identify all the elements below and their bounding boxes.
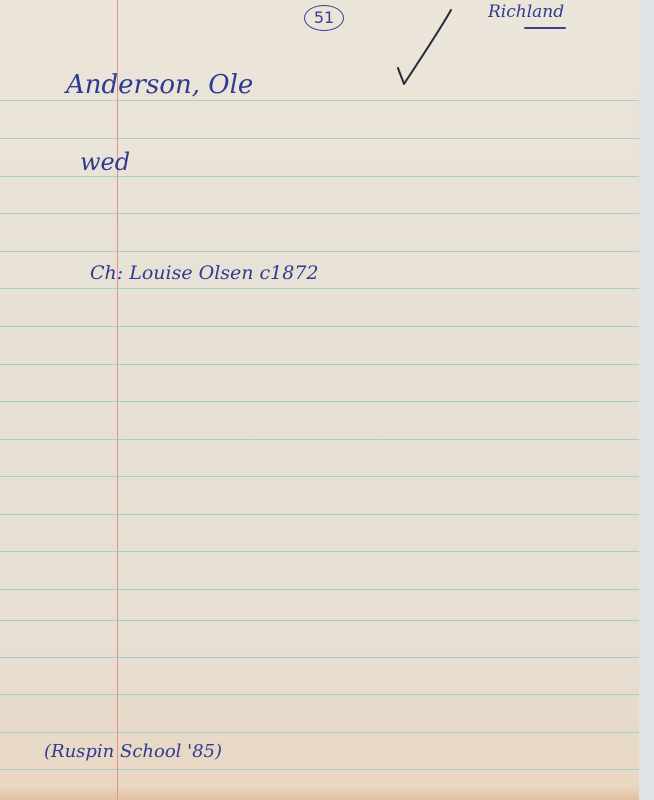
notebook-page: 51 Richland Anderson, Ole wed Ch: Louise… xyxy=(0,0,639,800)
ruled-line xyxy=(0,176,639,177)
person-name: Anderson, Ole xyxy=(66,70,253,100)
ruled-line xyxy=(0,769,639,770)
margin-line xyxy=(117,0,118,800)
ruled-line xyxy=(0,732,639,733)
check-mark-icon xyxy=(396,8,456,88)
footer-note: (Ruspin School '85) xyxy=(44,741,222,762)
ruled-line xyxy=(0,326,639,327)
ruled-line xyxy=(0,439,639,440)
ruled-line xyxy=(0,100,639,101)
ruled-line xyxy=(0,620,639,621)
ruled-line xyxy=(0,251,639,252)
ruled-line xyxy=(0,476,639,477)
child-entry: Ch: Louise Olsen c1872 xyxy=(90,262,319,284)
ruled-line xyxy=(0,288,639,289)
ruled-line xyxy=(0,589,639,590)
ruled-line xyxy=(0,401,639,402)
ruled-line xyxy=(0,138,639,139)
page-number-circled: 51 xyxy=(304,5,344,31)
ruled-line xyxy=(0,514,639,515)
ruled-line xyxy=(0,551,639,552)
location-underline xyxy=(524,27,566,29)
marital-status: wed xyxy=(80,148,130,176)
ruled-line xyxy=(0,694,639,695)
ruled-line xyxy=(0,364,639,365)
ruled-line xyxy=(0,213,639,214)
ruled-line xyxy=(0,657,639,658)
location-label: Richland xyxy=(488,2,564,22)
